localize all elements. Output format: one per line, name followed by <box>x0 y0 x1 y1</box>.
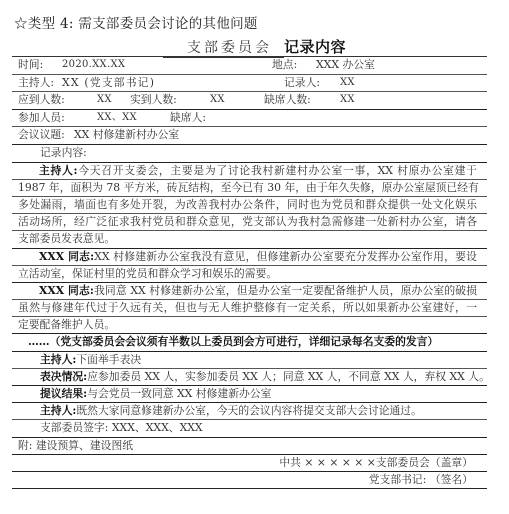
row-attendance: 应到人数: XX 实到人数: XX 缺席人数: XX <box>12 92 487 110</box>
row-content-label: 记录内容: <box>12 145 487 163</box>
para3-line2: 虽然与修建年代过于久远有关，但也与无人维护整修有一定关系，所以如果新办公室建好，… <box>12 300 487 317</box>
closing-row: 主持人:既然大家同意修建新办公室，今天的会议内容将提交支部大会讨论通过。 <box>12 403 487 420</box>
participants-label: 参加人员: <box>18 110 65 127</box>
para1-line4: 活动场所，经广泛征求我村党员和群众意见，党支部认为我村急需修建一处新村办公室，请… <box>12 214 487 231</box>
signatures-row: 支部委员签字: XXX、XXX、XXX <box>12 420 487 437</box>
participants-value: XX、XX <box>97 110 137 127</box>
note-row: ……（党支部委员会会议须有半数以上委员到会方可进行，详细记录每名支委的发言） <box>12 334 487 351</box>
attachment-text: 附: 建设预算、建设图纸 <box>12 438 487 454</box>
para3-line1: XXX 同志:我同意 XX 村修建新办公室，但是办公室一定要配备维护人员，原办公… <box>12 283 487 300</box>
absent-count-value: XX <box>340 92 355 109</box>
note-text: ……（党支部委员会会议须有半数以上委员到会方可进行，详细记录每名支委的发言） <box>12 334 487 350</box>
para2-line2: 立活动室，保证村里的党员和群众学习和娱乐的需要。 <box>12 266 487 283</box>
proposal-result-row: 提议结果:与会党员一致同意 XX 村修建新办公室 <box>12 386 487 403</box>
row-time-place: 时间: 2020.XX.XX 地点: XXX 办公室 <box>12 57 487 75</box>
para1-line5: 支部委员发表意见。 <box>12 231 487 248</box>
para3-speaker: XXX 同志: <box>39 284 94 297</box>
recorder-label: 记录人: <box>284 75 320 92</box>
seal-row: 中共 × × × × × ×支部委员会（盖章） <box>12 455 487 472</box>
para1-line1: 主持人:今天召开支委会，主要是为了讨论我村新建村办公室一事，XX 村原办公室建于 <box>12 163 487 180</box>
place-label: 地点: <box>272 57 297 74</box>
expected-label: 应到人数: <box>18 92 65 109</box>
title-suffix: 记录内容 <box>284 38 346 56</box>
para2-line1: XXX 同志:XX 村修建新办公室我没有意见，但修建新办公室要充分发挥办公室作用… <box>12 249 487 266</box>
para1-line2: 1987 年，面积为 78 平方米，砖瓦结构，至今已有 30 年，由于年久失修，… <box>12 180 487 197</box>
absent-count-label: 缺席人数: <box>264 92 311 109</box>
secretary-sign-text: 党支部书记: （签名） <box>12 472 487 488</box>
row-topic: 会议议题: XX 村修建新村办公室 <box>12 127 487 145</box>
para2-speaker: XXX 同志: <box>39 250 94 263</box>
host-label: 主持人: <box>18 75 54 92</box>
host-value: XX (党支部书记) <box>62 75 155 92</box>
time-label: 时间: <box>18 57 43 74</box>
actual-label: 实到人数: <box>130 92 177 109</box>
topic-value: XX 村修建新村办公室 <box>74 127 179 144</box>
secretary-sign-row: 党支部书记: （签名） <box>12 472 487 489</box>
vote-result-row: 表决情况:应参加委员 XX 人，实参加委员 XX 人；同意 XX 人，不同意 X… <box>12 369 487 386</box>
place-value: XXX 办公室 <box>316 57 375 74</box>
attachment-row: 附: 建设预算、建设图纸 <box>12 438 487 455</box>
expected-value: XX <box>97 92 112 109</box>
row-host-recorder: 主持人: XX (党支部书记) 记录人: XX <box>12 75 487 93</box>
absentees-label: 缺席人: <box>170 110 206 127</box>
para3-line3: 定要配备维护人员。 <box>12 317 487 334</box>
actual-value: XX <box>210 92 225 109</box>
section-heading: ☆类型 4: 需支部委员会讨论的其他问题 <box>14 12 258 32</box>
signatures-text: 支部委员签字: XXX、XXX、XXX <box>12 420 487 436</box>
record-table: 时间: 2020.XX.XX 地点: XXX 办公室 主持人: XX (党支部书… <box>12 56 487 489</box>
seal-text: 中共 × × × × × ×支部委员会（盖章） <box>12 455 487 471</box>
topic-label: 会议议题: <box>18 127 65 144</box>
para1-speaker: 主持人: <box>39 164 78 177</box>
recorder-value: XX <box>340 75 355 92</box>
para1-line3: 多处漏雨，墙面也有多处开裂，为改善我村办公条件，同时也为党员和群众提供一处文化娱… <box>12 197 487 214</box>
content-label: 记录内容: <box>40 145 87 162</box>
row-participants: 参加人员: XX、XX 缺席人: <box>12 110 487 128</box>
vote-call-row: 主持人:下面举手表决 <box>12 352 487 369</box>
document-title: 支部委员会记录内容 <box>0 36 509 58</box>
time-value: 2020.XX.XX <box>62 57 125 74</box>
title-org-underlined: 支部委员会 <box>163 37 284 58</box>
